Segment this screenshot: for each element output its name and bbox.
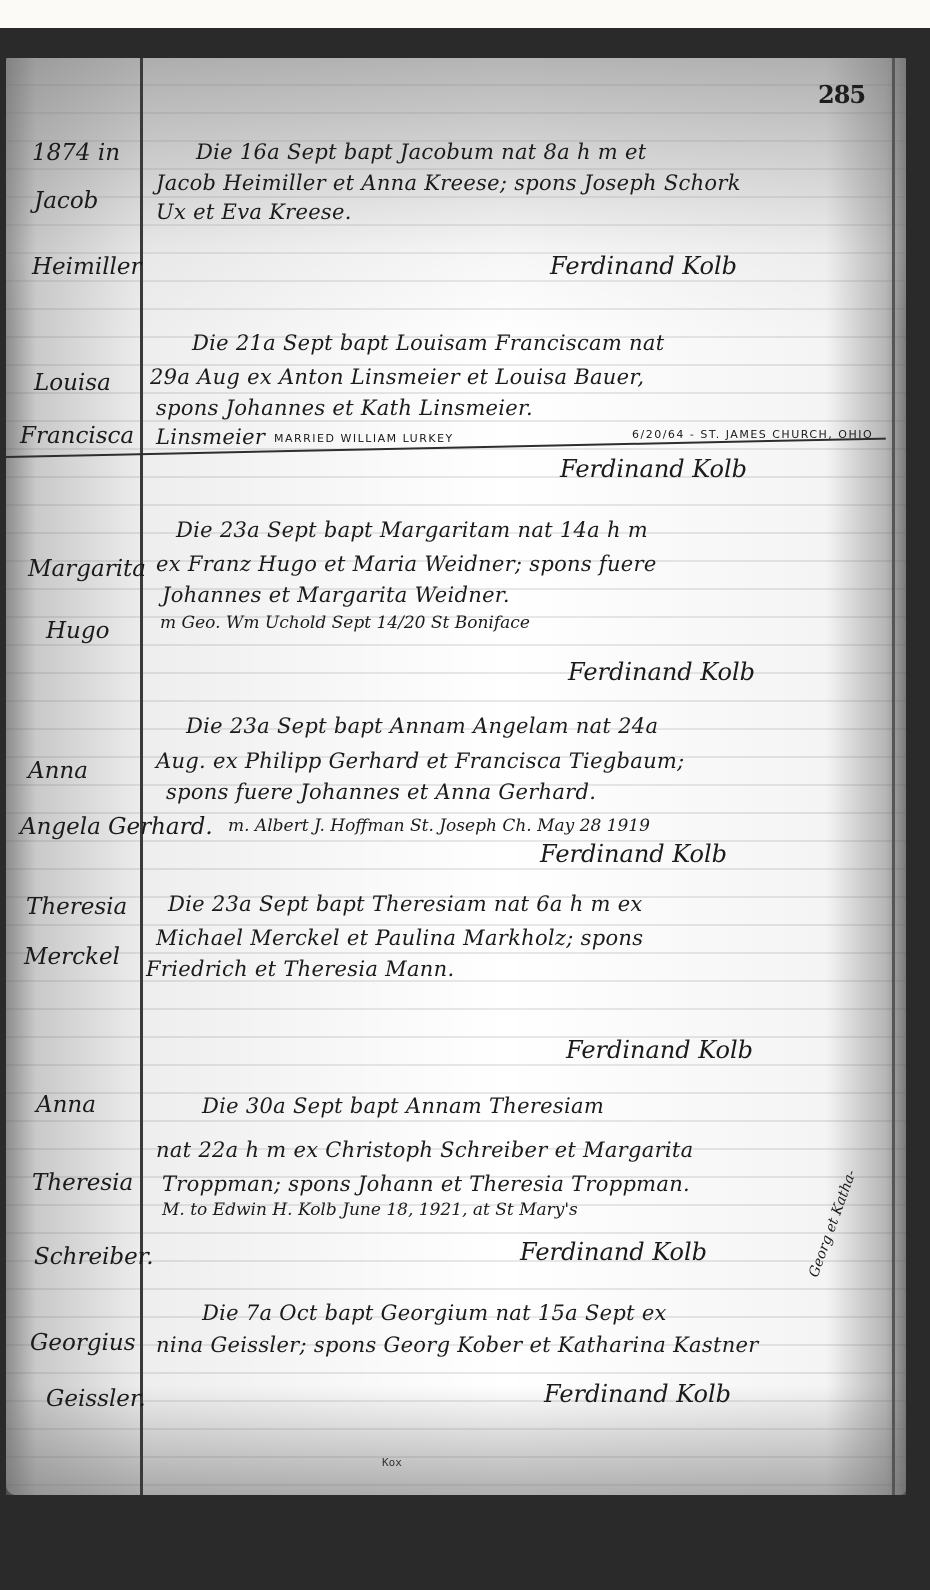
entry-2-line-2: 29a Aug ex Anton Linsmeier et Louisa Bau… [150, 365, 644, 389]
entry-1-line-1: Die 16a Sept bapt Jacobum nat 8a h m et [196, 140, 646, 164]
entry-3-line-2: ex Franz Hugo et Maria Weidner; spons fu… [156, 552, 657, 576]
entry-1-signature: Ferdinand Kolb [550, 252, 737, 280]
entry-3-annotation: m Geo. Wm Uchold Sept 14/20 St Boniface [160, 613, 530, 633]
entry-4-line-3: spons fuere Johannes et Anna Gerhard. [166, 780, 596, 804]
entry-5-line-2: Michael Merckel et Paulina Markholz; spo… [156, 926, 643, 950]
margin-name-6c: Schreiber. [34, 1244, 154, 1270]
entry-1-line-2: Jacob Heimiller et Anna Kreese; spons Jo… [156, 171, 741, 195]
entry-2-line-1: Die 21a Sept bapt Louisam Franciscam nat [192, 331, 664, 355]
margin-name-6b: Theresia [32, 1170, 133, 1196]
margin-name-6a: Anna [36, 1092, 96, 1118]
entry-6-line-2: nat 22a h m ex Christoph Schreiber et Ma… [156, 1138, 693, 1162]
footer-mark: Kox [382, 1456, 402, 1469]
entry-5-signature: Ferdinand Kolb [566, 1036, 753, 1064]
entry-2-annotation: MARRIED WILLIAM LURKEY [274, 432, 454, 445]
entry-6-annotation: M. to Edwin H. Kolb June 18, 1921, at St… [162, 1200, 578, 1220]
entry-4-signature: Ferdinand Kolb [540, 840, 727, 868]
margin-name-5a: Theresia [26, 894, 127, 920]
margin-name-7b: Geissler. [46, 1386, 146, 1412]
margin-name-1b: Heimiller [32, 254, 142, 280]
entry-6-line-1: Die 30a Sept bapt Annam Theresiam [202, 1094, 604, 1118]
entry-5-line-1: Die 23a Sept bapt Theresiam nat 6a h m e… [168, 892, 643, 916]
entry-7-line-2: nina Geissler; spons Georg Kober et Kath… [156, 1333, 759, 1357]
margin-name-2b: Francisca [20, 423, 134, 449]
entry-3-line-3: Johannes et Margarita Weidner. [162, 583, 510, 607]
page-number: 285 [818, 80, 865, 109]
entry-7-annotation: Georg et Katha- [806, 1168, 860, 1280]
margin-name-7a: Georgius [30, 1330, 136, 1356]
entry-3-signature: Ferdinand Kolb [568, 658, 755, 686]
entry-6-line-1: Die 7a Oct bapt Georgium nat 15a Sept ex [202, 1301, 667, 1325]
margin-name-4a: Anna [28, 758, 88, 784]
entry-4-line-1: Die 23a Sept bapt Annam Angelam nat 24a [186, 714, 658, 738]
margin-name-4b: Angela Gerhard. [20, 814, 213, 840]
entry-7-signature: Ferdinand Kolb [544, 1380, 731, 1408]
margin-name-3a: Margarita [28, 556, 146, 582]
entry-1-line-3: Ux et Eva Kreese. [156, 200, 352, 224]
entry-2-line-3: spons Johannes et Kath Linsmeier. [156, 396, 533, 420]
year-margin: 1874 in [32, 140, 120, 166]
margin-name-3b: Hugo [46, 618, 109, 644]
entry-4-annotation: m. Albert J. Hoffman St. Joseph Ch. May … [228, 816, 650, 836]
entry-5-line-3: Friedrich et Theresia Mann. [146, 957, 454, 981]
entry-2-signature: Ferdinand Kolb [560, 455, 747, 483]
entry-6-signature: Ferdinand Kolb [520, 1238, 707, 1266]
entry-4-line-2: Aug. ex Philipp Gerhard et Francisca Tie… [156, 749, 685, 773]
margin-name-5b: Merckel [24, 944, 120, 970]
right-rule [892, 58, 895, 1495]
entry-2-line-4: Linsmeier [156, 425, 265, 449]
margin-name-1a: Jacob [34, 188, 98, 214]
entry-3-line-1: Die 23a Sept bapt Margaritam nat 14a h m [176, 518, 648, 542]
margin-name-2a: Louisa [34, 370, 111, 396]
entry-6-line-3: Troppman; spons Johann et Theresia Tropp… [162, 1172, 690, 1196]
register-page: 285 1874 in Jacob Heimiller Die 16a Sept… [6, 58, 906, 1495]
